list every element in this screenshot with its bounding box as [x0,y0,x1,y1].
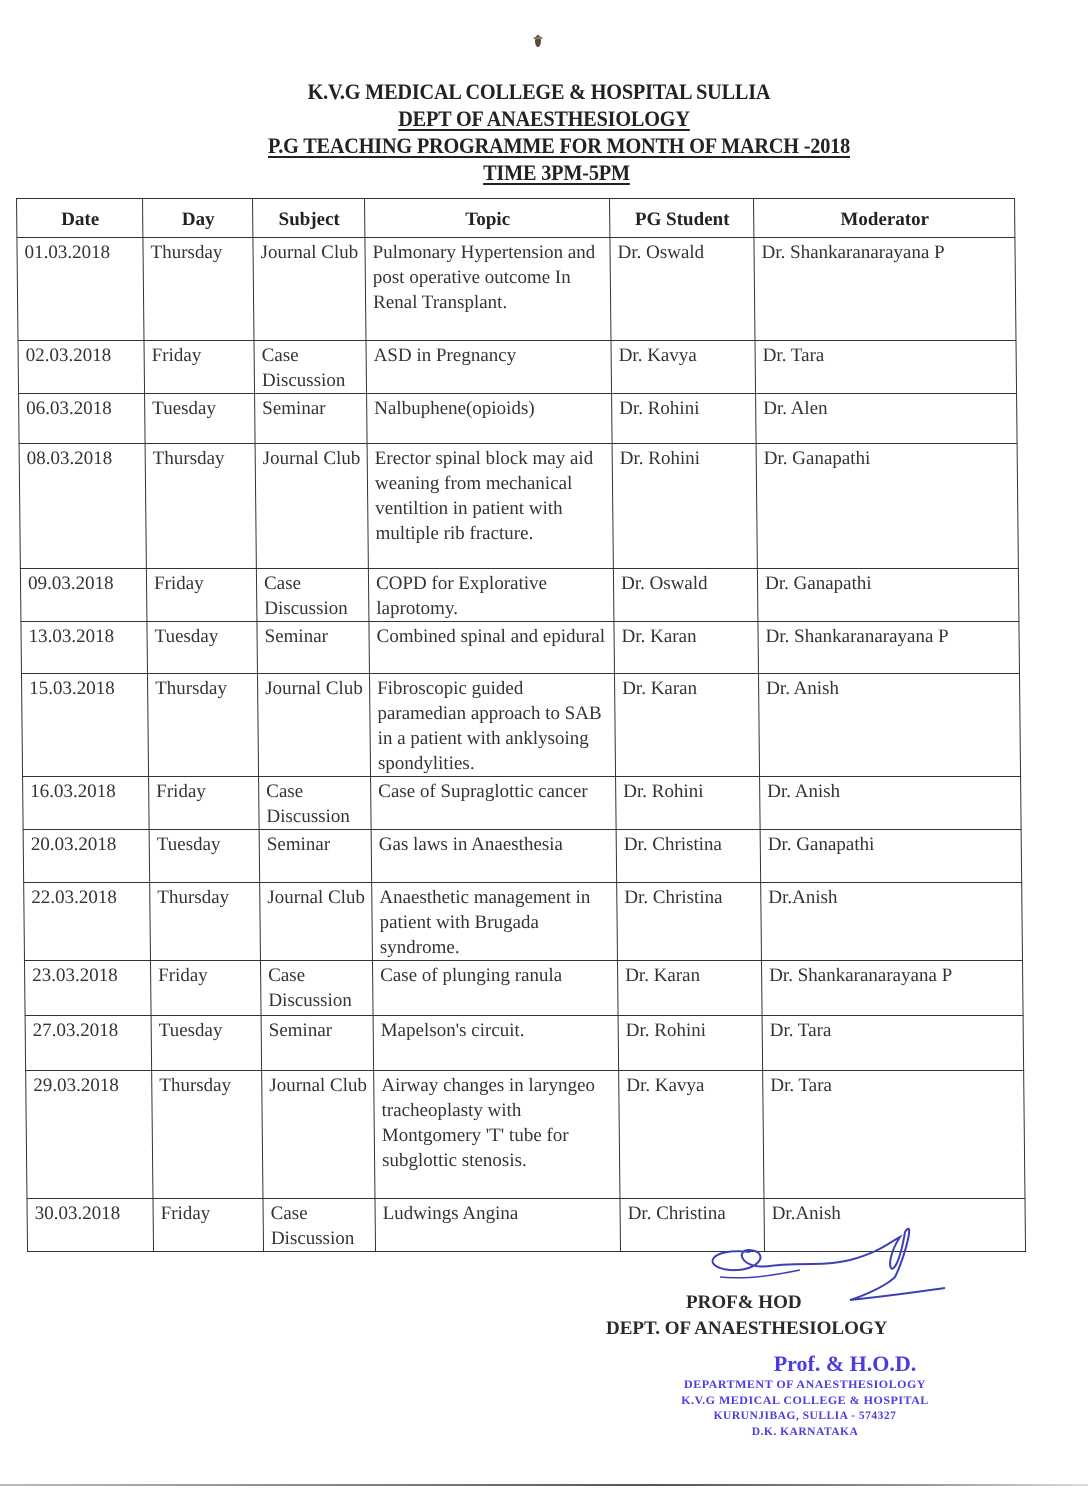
cell-moderator: Dr. Tara [763,1071,1025,1199]
table-row: 02.03.2018FridayCase DiscussionASD in Pr… [18,341,1017,394]
table-row: 15.03.2018ThursdayJournal ClubFibroscopi… [21,674,1020,777]
signature-block: PROF& HOD DEPT. OF ANAESTHESIOLOGY [600,1222,1020,1352]
cell-moderator: Dr. Tara [755,341,1017,394]
column-header-topic: Topic [365,199,610,238]
cell-pg-student: Dr. Kavya [619,1071,764,1199]
column-header-moderator: Moderator [754,199,1015,238]
stamp-line-college: K.V.G MEDICAL COLLEGE & HOSPITAL [610,1392,1000,1408]
table-row: 23.03.2018FridayCase DiscussionCase of p… [24,961,1023,1016]
cell-date: 29.03.2018 [26,1071,153,1199]
cell-date: 15.03.2018 [21,674,148,777]
cell-date: 23.03.2018 [24,961,151,1016]
table-row: 16.03.2018FridayCase DiscussionCase of S… [23,777,1022,830]
cell-subject: Seminar [257,622,370,674]
cell-pg-student: Dr. Karan [614,674,759,777]
column-header-subject: Subject [253,199,365,238]
cell-moderator: Dr.Anish [761,883,1023,961]
cell-moderator: Dr. Shankaranarayana P [758,622,1020,674]
cell-topic: Anaesthetic management in patient with B… [372,883,618,961]
cell-subject: Seminar [261,1016,374,1071]
cell-subject: Case Discussion [256,569,369,622]
table-row: 08.03.2018ThursdayJournal ClubErector sp… [19,444,1018,569]
cell-date: 01.03.2018 [17,238,144,341]
table-row: 01.03.2018ThursdayJournal ClubPulmonary … [17,238,1016,341]
cell-moderator: Dr. Shankaranarayana P [761,961,1023,1016]
cell-date: 20.03.2018 [23,830,150,883]
cell-day: Friday [153,1199,264,1252]
cell-day: Tuesday [145,394,256,444]
cell-pg-student: Dr. Oswald [613,569,758,622]
cell-topic: Fibroscopic guided paramedian approach t… [369,674,615,777]
stamp-line-address: KURUNJIBAG, SULLIA - 574327 [610,1408,1000,1424]
cell-moderator: Dr. Ganapathi [757,569,1019,622]
cell-day: Friday [144,341,255,394]
cell-moderator: Dr. Shankaranarayana P [754,238,1016,341]
teaching-schedule-table: Date Day Subject Topic PG Student Modera… [16,198,1026,1252]
cell-topic: Mapelson's circuit. [373,1016,619,1071]
cell-subject: Case Discussion [263,1199,376,1252]
cell-day: Tuesday [149,830,260,883]
cell-moderator: Dr. Ganapathi [756,444,1018,569]
cell-pg-student: Dr. Karan [617,961,762,1016]
cell-pg-student: Dr. Rohini [612,444,757,569]
cell-day: Thursday [152,1071,263,1199]
signatory-department: DEPT. OF ANAESTHESIOLOGY [606,1318,887,1340]
cell-date: 06.03.2018 [19,394,146,444]
cell-date: 09.03.2018 [20,569,147,622]
cell-day: Thursday [150,883,261,961]
stamp-line-department: DEPARTMENT OF ANAESTHESIOLOGY [610,1376,1000,1392]
cell-pg-student: Dr. Oswald [610,238,755,341]
cell-moderator: Dr. Tara [762,1016,1024,1071]
cell-subject: Journal Club [260,883,373,961]
cell-topic: COPD for Explorative laprotomy. [368,569,614,622]
column-header-day: Day [143,199,253,238]
signatory-title: PROF& HOD [686,1292,802,1314]
cell-subject: Journal Club [262,1071,375,1199]
cell-date: 30.03.2018 [27,1199,154,1252]
cell-date: 16.03.2018 [23,777,150,830]
cell-pg-student: Dr. Christina [616,830,761,883]
cell-subject: Journal Club [255,444,368,569]
table-header-row: Date Day Subject Topic PG Student Modera… [17,199,1015,238]
cell-day: Thursday [147,674,258,777]
cell-moderator: Dr. Ganapathi [760,830,1022,883]
programme-title: P.G TEACHING PROGRAMME FOR MONTH OF MARC… [72,132,1045,159]
cell-date: 27.03.2018 [25,1016,152,1071]
table-row: 22.03.2018ThursdayJournal ClubAnaestheti… [24,883,1023,961]
table-row: 20.03.2018TuesdaySeminarGas laws in Anae… [23,830,1022,883]
cell-date: 13.03.2018 [21,622,148,674]
column-header-date: Date [17,199,143,238]
cell-topic: ASD in Pregnancy [366,341,612,394]
table-row: 06.03.2018TuesdaySeminarNalbuphene(opioi… [19,394,1018,444]
cell-date: 08.03.2018 [19,444,146,569]
cell-date: 22.03.2018 [24,883,151,961]
cell-subject: Journal Club [253,238,366,341]
cell-pg-student: Dr. Rohini [618,1016,763,1071]
cell-topic: Gas laws in Anaesthesia [371,830,617,883]
fly-speck-mark [532,30,544,50]
institution-title: K.V.G MEDICAL COLLEGE & HOSPITAL SULLIA [34,78,1044,105]
cell-date: 02.03.2018 [18,341,145,394]
document-header: K.V.G MEDICAL COLLEGE & HOSPITAL SULLIA … [0,78,1088,186]
cell-moderator: Dr. Alen [756,394,1018,444]
cell-topic: Case of Supraglottic cancer [371,777,617,830]
cell-subject: Case Discussion [259,777,372,830]
cell-pg-student: Dr. Christina [617,883,762,961]
cell-pg-student: Dr. Rohini [616,777,761,830]
cell-topic: Erector spinal block may aid weaning fro… [367,444,613,569]
department-title: DEPT OF ANAESTHESIOLOGY [44,105,1045,132]
stamp-line-state: D.K. KARNATAKA [610,1424,1000,1440]
cell-pg-student: Dr. Rohini [612,394,757,444]
cell-day: Friday [146,569,257,622]
stamp-title: Prof. & H.O.D. [690,1352,1000,1376]
cell-day: Thursday [143,238,254,341]
cell-day: Thursday [145,444,256,569]
cell-topic: Combined spinal and epidural [369,622,615,674]
cell-subject: Case Discussion [254,341,367,394]
cell-topic: Pulmonary Hypertension and post operativ… [365,238,611,341]
cell-pg-student: Dr. Kavya [611,341,756,394]
cell-day: Friday [149,777,260,830]
cell-subject: Seminar [259,830,372,883]
cell-subject: Journal Club [257,674,370,777]
cell-pg-student: Dr. Karan [614,622,759,674]
table-row: 13.03.2018TuesdaySeminarCombined spinal … [21,622,1020,674]
cell-day: Tuesday [147,622,258,674]
table-row: 29.03.2018ThursdayJournal ClubAirway cha… [26,1071,1025,1199]
cell-day: Friday [150,961,261,1016]
cell-moderator: Dr. Anish [760,777,1022,830]
cell-day: Tuesday [151,1016,262,1071]
cell-moderator: Dr. Anish [758,674,1020,777]
scan-edge-line [0,1484,1088,1486]
cell-subject: Seminar [255,394,368,444]
column-header-pg-student: PG Student [610,199,754,238]
cell-topic: Ludwings Angina [375,1199,621,1252]
cell-topic: Nalbuphene(opioids) [367,394,613,444]
time-title: TIME 3PM-5PM [68,159,1046,186]
table-row: 09.03.2018FridayCase DiscussionCOPD for … [20,569,1019,622]
cell-topic: Case of plunging ranula [372,961,618,1016]
cell-subject: Case Discussion [260,961,373,1016]
department-stamp: Prof. & H.O.D. DEPARTMENT OF ANAESTHESIO… [610,1352,1000,1440]
cell-topic: Airway changes in laryngeo tracheoplasty… [374,1071,620,1199]
table-row: 27.03.2018TuesdaySeminarMapelson's circu… [25,1016,1024,1071]
